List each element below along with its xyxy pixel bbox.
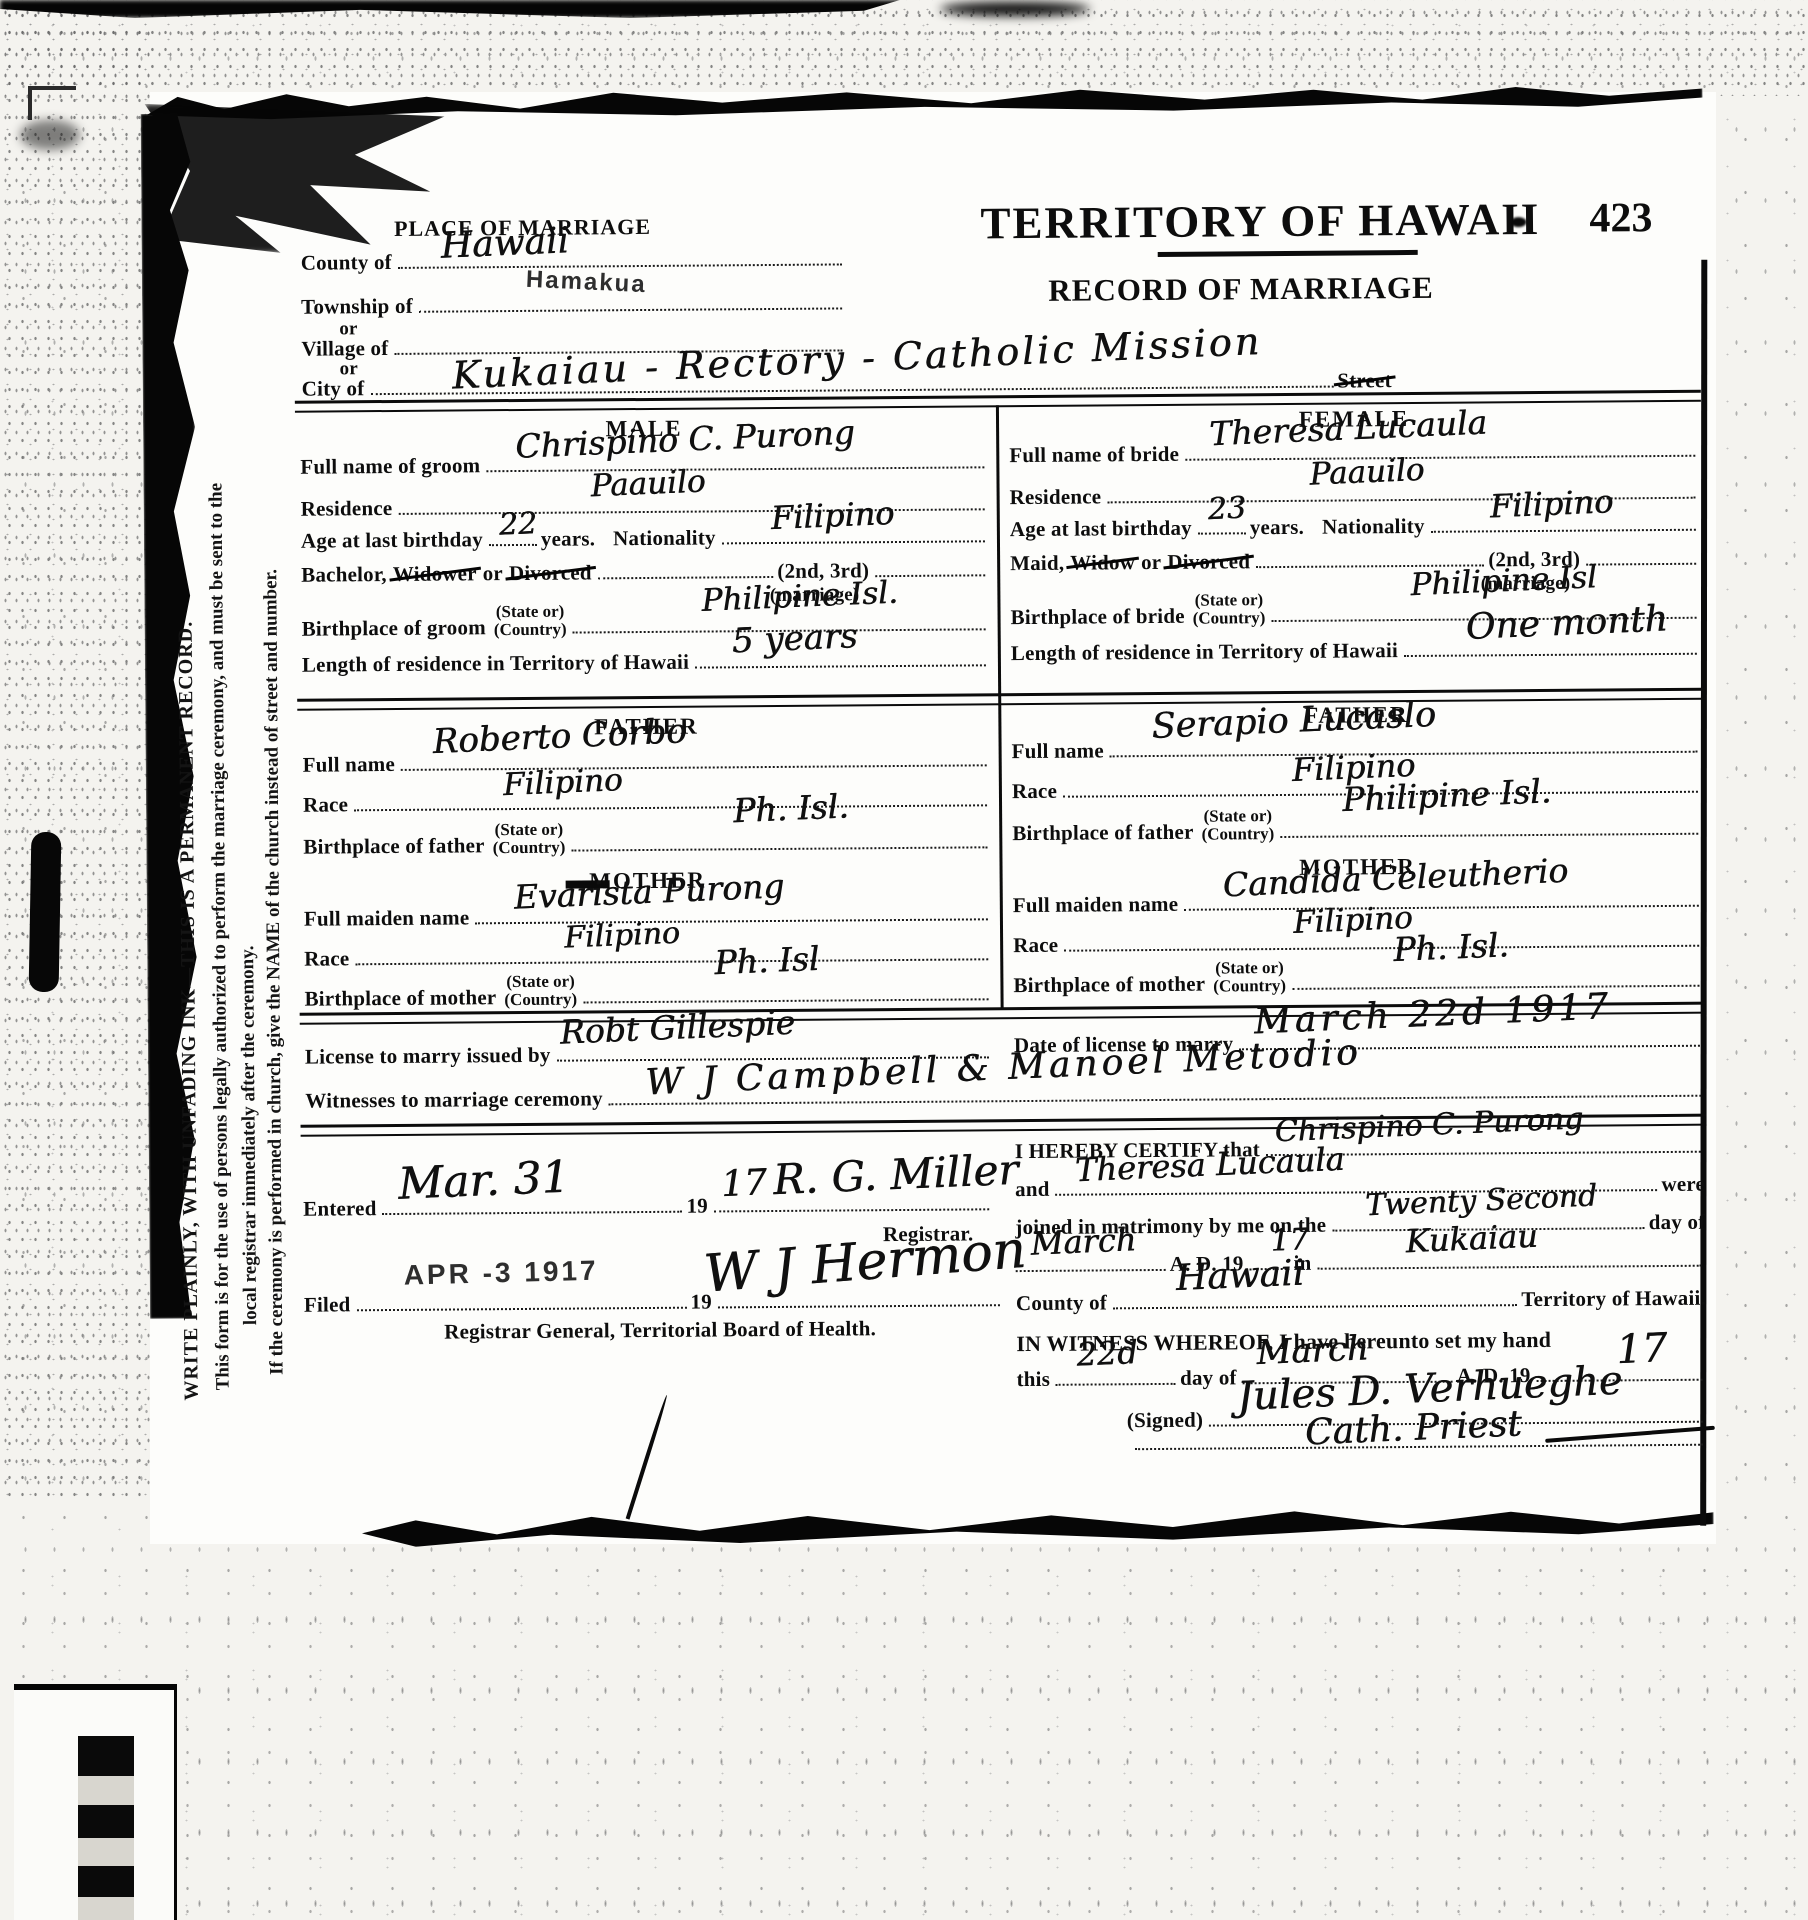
certify-thisday-handwritten: 22d xyxy=(1076,1333,1139,1374)
bride-father-birthplace-handwritten: Philipine Isl. xyxy=(1341,771,1552,819)
bride-country-label: (Country) xyxy=(1193,609,1266,627)
groom-mother-race-row: Race Filipino xyxy=(304,941,992,971)
entered-year-handwritten: 17 xyxy=(720,1162,768,1205)
bride-mother-race-line xyxy=(1064,945,1699,952)
bride-father-stateor-label: (State or) xyxy=(1203,807,1272,825)
county-handwritten: Hawaii xyxy=(440,220,570,266)
groom-nationality-handwritten: Filipino xyxy=(770,494,895,537)
township-stamp: Hamakua xyxy=(525,266,647,299)
bride-father-country-label: (Country) xyxy=(1202,825,1275,843)
bride-name-line xyxy=(1185,455,1695,461)
margin-instruction-2: This form is for the use of persons lega… xyxy=(204,305,235,1390)
bride-mother-birthplace-label: Birthplace of mother xyxy=(1013,971,1205,997)
groom-name-line xyxy=(486,466,984,472)
groom-mother-name-label: Full maiden name xyxy=(304,905,470,930)
groom-length-row: Length of residence in Territory of Hawa… xyxy=(302,647,990,677)
township-line xyxy=(419,308,842,313)
certify-county-label: County of xyxy=(1016,1290,1107,1315)
certify-and-label: and xyxy=(1015,1177,1050,1201)
bride-father-birthplace-line xyxy=(1280,832,1698,837)
certify-row-5: County of Territory of Hawaii. Hawaii xyxy=(1016,1286,1706,1316)
bride-stateor-label: (State or) xyxy=(1195,591,1264,609)
groom-father-name-line xyxy=(401,764,987,771)
license-issued-label: License to marry issued by xyxy=(305,1043,551,1069)
township-label: Township of xyxy=(301,294,413,319)
entered-sig-line xyxy=(714,1208,989,1212)
certify-dayof2-label: day of xyxy=(1180,1365,1237,1390)
groom-father-birthplace-stack: (State or) (Country) xyxy=(492,821,565,857)
bride-age-handwritten: 23 xyxy=(1207,491,1247,528)
bride-mother-birthplace-stack: (State or) (Country) xyxy=(1213,959,1286,995)
bride-mother-race-label: Race xyxy=(1013,933,1058,957)
groom-mother-birthplace-handwritten: Ph. Isl xyxy=(713,939,820,982)
certify-year2-handwritten: 17 xyxy=(1615,1325,1668,1373)
groom-nationality-line xyxy=(722,540,985,544)
bride-father-name-label: Full name xyxy=(1012,738,1104,763)
groom-status-widower-struck: Widower xyxy=(393,561,477,586)
calibration-block xyxy=(78,1838,134,1867)
signed-label: (Signed) xyxy=(1127,1408,1203,1433)
bride-ordinal-line xyxy=(1586,563,1696,566)
certify-county-handwritten: Hawaii xyxy=(1175,1253,1305,1299)
groom-birthplace-stack: (State or) (Country) xyxy=(494,603,567,639)
bride-residence-label: Residence xyxy=(1010,484,1102,509)
entered-date-handwritten: Mar. 31 xyxy=(397,1152,570,1210)
bride-birthplace-stack: (State or) (Country) xyxy=(1192,591,1265,627)
bride-status-or: or xyxy=(1141,550,1161,574)
bride-nationality-label: Nationality xyxy=(1322,514,1425,539)
certify-dayof-label: day of xyxy=(1649,1210,1706,1235)
groom-status-divorced-struck: Divorced xyxy=(509,560,592,585)
township-row: Township of Hamakua xyxy=(301,290,846,318)
groom-birthplace-handwritten: Philipine Isl. xyxy=(701,575,899,619)
registrar-signature: R. G. Miller xyxy=(772,1145,1019,1204)
signature-flourish xyxy=(626,1394,669,1519)
groom-mother-race-label: Race xyxy=(304,946,349,970)
certify-month-line xyxy=(1016,1269,1166,1272)
city-handwritten: Kukaiau - Rectory - Catholic Mission xyxy=(451,319,1263,398)
scanned-marriage-record: { "page_number": "423", "margin": { "lin… xyxy=(0,0,1808,1920)
groom-mother-stateor-label: (State or) xyxy=(506,973,575,991)
groom-mother-name-line xyxy=(475,918,988,924)
witnesses-label: Witnesses to marriage ceremony xyxy=(305,1086,603,1112)
groom-length-line xyxy=(695,664,986,668)
groom-residence-line xyxy=(398,508,984,515)
bride-age-label: Age at last birthday xyxy=(1010,516,1192,542)
groom-length-label: Length of residence in Territory of Hawa… xyxy=(302,650,689,677)
groom-country-label: (Country) xyxy=(494,620,567,638)
calibration-block xyxy=(78,1776,134,1805)
document-content: WRITE PLAINLY, WITH UNFADING INK—THIS IS… xyxy=(0,0,1808,1920)
certify-month-handwritten: March xyxy=(1030,1220,1137,1262)
filed-label: Filed xyxy=(304,1292,351,1317)
bride-status-widow-struck: Widow xyxy=(1070,550,1135,575)
groom-mother-race-line xyxy=(355,958,988,965)
certify-month2-handwritten: March xyxy=(1256,1328,1370,1373)
groom-father-country-label: (Country) xyxy=(493,838,566,856)
groom-father-name-row: Full name Roberto Corbo xyxy=(303,747,991,777)
calibration-strip xyxy=(78,1736,134,1920)
groom-mother-birthplace-row: Birthplace of mother (State or) (Country… xyxy=(304,969,992,1010)
bride-residence-handwritten: Paauilo xyxy=(1309,452,1425,493)
groom-residence-label: Residence xyxy=(301,496,393,521)
bride-nationality-line xyxy=(1431,529,1696,533)
certify-row-4: A. D. 19 in March 17 Kukaiau xyxy=(1016,1248,1706,1278)
groom-father-race-label: Race xyxy=(303,792,348,816)
groom-status-or: or xyxy=(483,561,503,585)
bride-mother-name-label: Full maiden name xyxy=(1013,892,1179,917)
entered-row: Entered 19 Mar. 31 17 R. G. Miller Regis… xyxy=(303,1191,993,1221)
groom-mother-race-handwritten: Filipino xyxy=(563,916,680,956)
record-title: RECORD OF MARRIAGE xyxy=(1021,270,1461,309)
bride-length-handwritten: One month xyxy=(1465,598,1669,648)
filed-signature: W J Hermon xyxy=(702,1220,1028,1305)
calibration-block xyxy=(78,1897,134,1920)
bride-age-row: Age at last birthday years. Nationality … xyxy=(1010,512,1700,542)
groom-stateor-label: (State or) xyxy=(496,603,565,621)
certify-place-line xyxy=(1318,1265,1702,1270)
bride-mother-race-row: Race Filipino xyxy=(1013,928,1703,958)
bride-mother-birthplace-line xyxy=(1292,984,1699,989)
groom-father-race-line xyxy=(354,804,987,811)
groom-father-birthplace-row: Birthplace of father (State or) (Country… xyxy=(303,817,991,858)
groom-age-handwritten: 22 xyxy=(498,506,538,543)
village-label: Village of xyxy=(301,336,388,361)
groom-father-birthplace-handwritten: Ph. Isl. xyxy=(732,786,849,830)
street-label-struck: Street xyxy=(1337,368,1392,393)
groom-father-birthplace-line xyxy=(571,846,987,851)
bride-age-line xyxy=(1198,532,1246,534)
bride-name-label: Full name of bride xyxy=(1009,442,1179,467)
county-label: County of xyxy=(301,250,392,275)
groom-father-race-row: Race Filipino xyxy=(303,787,991,817)
filed-date-line xyxy=(356,1307,686,1312)
signed-indent xyxy=(1017,1432,1127,1433)
groom-age-line xyxy=(489,544,537,546)
column-divider xyxy=(996,405,1004,1009)
torn-edge-bottom xyxy=(362,1500,1714,1553)
territory-title: TERRITORY OF HAWAII xyxy=(980,193,1540,249)
groom-father-stateor-label: (State or) xyxy=(495,821,564,839)
margin-instruction-3: local registrar immediately after the ce… xyxy=(236,805,262,1325)
title-underline xyxy=(1158,250,1418,257)
ink-spot xyxy=(1510,217,1526,227)
filed-sig-line xyxy=(718,1304,1000,1308)
bride-father-birthplace-stack: (State or) (Country) xyxy=(1201,807,1274,843)
groom-mother-birthplace-label: Birthplace of mother xyxy=(304,985,496,1011)
groom-residence-handwritten: Paauilo xyxy=(590,464,706,505)
certify-county-line xyxy=(1113,1304,1517,1309)
groom-father-name-label: Full name xyxy=(303,752,395,777)
groom-father-race-handwritten: Filipino xyxy=(502,762,623,803)
certify-place-handwritten: Kukaiau xyxy=(1405,1217,1539,1261)
bride-status-prefix: Maid, xyxy=(1010,551,1064,576)
certify-row-2: and were Theresa Lucaula xyxy=(1015,1172,1705,1202)
entered-date-line xyxy=(383,1211,683,1215)
certify-this-label: this xyxy=(1016,1367,1050,1391)
groom-mother-country-label: (Country) xyxy=(504,990,577,1008)
entered-year-prefix: 19 xyxy=(686,1194,708,1218)
groom-years-label: years. xyxy=(541,526,595,551)
groom-father-birthplace-label: Birthplace of father xyxy=(303,833,484,859)
calibration-target xyxy=(14,1684,177,1920)
groom-name-label: Full name of groom xyxy=(300,453,480,479)
bride-length-label: Length of residence in Territory of Hawa… xyxy=(1011,638,1398,665)
calibration-block xyxy=(78,1736,134,1776)
registrar-general-label: Registrar General, Territorial Board of … xyxy=(444,1316,876,1344)
bride-birthplace-handwritten: Philipine Isl xyxy=(1410,559,1598,603)
filed-row: Filed 19 APR -3 1917 W J Hermon Registra… xyxy=(304,1287,1004,1317)
bride-mother-stateor-label: (State or) xyxy=(1215,959,1284,977)
bride-mother-birthplace-handwritten: Ph. Isl. xyxy=(1392,925,1509,969)
groom-status-prefix: Bachelor, xyxy=(301,562,387,587)
groom-nationality-label: Nationality xyxy=(613,525,716,550)
margin-instruction-4: If the ceremony is performed in church, … xyxy=(259,385,289,1375)
certify-title-row: Cath. Priest xyxy=(1135,1444,1707,1455)
bride-father-birthplace-label: Birthplace of father xyxy=(1012,819,1193,845)
groom-age-label: Age at last birthday xyxy=(301,527,483,553)
groom-status-line xyxy=(598,576,774,579)
bride-father-birthplace-row: Birthplace of father (State or) (Country… xyxy=(1012,804,1702,845)
city-label: City of xyxy=(302,376,365,401)
bride-father-race-label: Race xyxy=(1012,779,1057,803)
bride-birthplace-label: Birthplace of bride xyxy=(1010,603,1184,629)
groom-birthplace-row: Birthplace of groom (State or) (Country)… xyxy=(301,599,989,640)
certify-thisday-line xyxy=(1056,1383,1176,1386)
bride-nationality-handwritten: Filipino xyxy=(1489,482,1614,525)
groom-birthplace-label: Birthplace of groom xyxy=(302,615,486,641)
bride-mother-country-label: (Country) xyxy=(1213,977,1286,995)
filed-date-stamp: APR -3 1917 xyxy=(403,1255,599,1292)
record-number: 423 xyxy=(1589,194,1652,242)
bride-length-line xyxy=(1404,653,1697,657)
certify-were-label: were xyxy=(1661,1172,1705,1196)
bride-years-label: years. xyxy=(1250,515,1304,540)
calibration-block xyxy=(78,1805,134,1838)
bride-length-row: Length of residence in Territory of Hawa… xyxy=(1011,636,1701,666)
groom-mother-birthplace-stack: (State or) (Country) xyxy=(504,973,577,1009)
groom-age-row: Age at last birthday years. Nationality … xyxy=(301,523,989,553)
bride-mother-name-line xyxy=(1184,905,1699,911)
certify-territory-label: Territory of Hawaii. xyxy=(1521,1286,1706,1312)
groom-length-handwritten: 5 years xyxy=(731,616,858,661)
entered-label: Entered xyxy=(303,1196,377,1221)
bride-status-divorced-struck: Divorced xyxy=(1167,549,1250,574)
calibration-block xyxy=(78,1866,134,1897)
